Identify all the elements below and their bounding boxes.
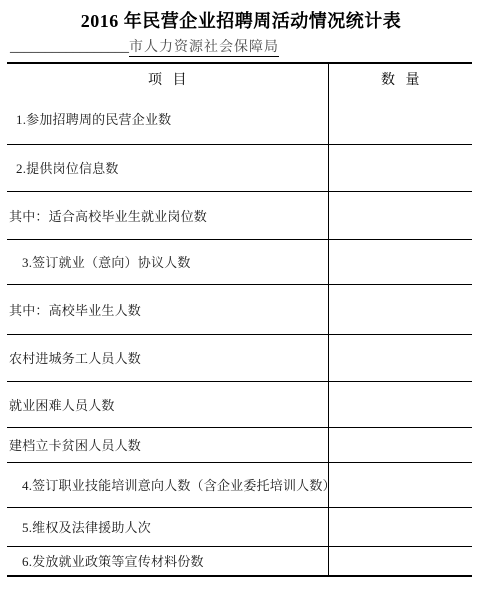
table-row: 4.签订职业技能培训意向人数（含企业委托培训人数） [7, 462, 472, 507]
quantity-cell[interactable] [328, 507, 472, 546]
page-title: 2016 年民营企业招聘周活动情况统计表 [0, 7, 482, 33]
row-label: 其中：高校毕业生人数 [7, 284, 328, 334]
row-label-text: 就业困难人员人数 [9, 398, 115, 413]
row-label: 就业困难人员人数 [7, 381, 328, 427]
table-row: 其中：高校毕业生人数 [7, 284, 472, 334]
table-row: 6.发放就业政策等宣传材料份数 [7, 546, 472, 576]
row-label: 3.签订就业（意向）协议人数 [7, 239, 328, 284]
table-row: 就业困难人员人数 [7, 381, 472, 427]
row-label-text: 1.参加招聘周的民营企业数 [16, 112, 171, 127]
org-blank-line[interactable]: _________________ [10, 40, 129, 55]
table-row: 1.参加招聘周的民营企业数 [7, 94, 472, 144]
quantity-cell[interactable] [328, 284, 472, 334]
row-label-text: 建档立卡贫困人员人数 [9, 438, 141, 453]
col-header-quantity: 数 量 [328, 63, 472, 94]
quantity-cell[interactable] [328, 94, 472, 144]
row-label-text: 6.发放就业政策等宣传材料份数 [22, 554, 204, 569]
quantity-cell[interactable] [328, 381, 472, 427]
table-row: 农村进城务工人员人数 [7, 334, 472, 381]
table-row: 建档立卡贫困人员人数 [7, 427, 472, 462]
col-header-item: 项 目 [7, 63, 328, 94]
row-label-text: 4.签订职业技能培训意向人数（含企业委托培训人数） [22, 478, 336, 493]
row-label-text: 其中：适合高校毕业生就业岗位数 [9, 209, 207, 224]
quantity-cell[interactable] [328, 334, 472, 381]
row-label: 农村进城务工人员人数 [7, 334, 328, 381]
row-label-text: 5.维权及法律援助人次 [22, 520, 151, 535]
quantity-cell[interactable] [328, 144, 472, 191]
quantity-cell[interactable] [328, 427, 472, 462]
table-row: 其中：适合高校毕业生就业岗位数 [7, 191, 472, 239]
table-row: 3.签订就业（意向）协议人数 [7, 239, 472, 284]
row-label: 6.发放就业政策等宣传材料份数 [7, 546, 328, 576]
row-label: 1.参加招聘周的民营企业数 [7, 94, 328, 144]
table-row: 2.提供岗位信息数 [7, 144, 472, 191]
header-row: 项 目 数 量 [7, 63, 472, 94]
row-label: 2.提供岗位信息数 [7, 144, 328, 191]
quantity-cell[interactable] [328, 191, 472, 239]
quantity-cell[interactable] [328, 546, 472, 576]
org-line: _________________市人力资源社会保障局 [10, 39, 279, 57]
row-label: 5.维权及法律援助人次 [7, 507, 328, 546]
row-label-text: 其中：高校毕业生人数 [9, 303, 141, 318]
row-label-text: 2.提供岗位信息数 [16, 161, 119, 176]
row-label: 建档立卡贫困人员人数 [7, 427, 328, 462]
statistics-table: 项 目 数 量 1.参加招聘周的民营企业数 2.提供岗位信息数 其中：适合高校毕… [7, 62, 472, 577]
row-label: 其中：适合高校毕业生就业岗位数 [7, 191, 328, 239]
row-label-text: 3.签订就业（意向）协议人数 [22, 255, 191, 270]
row-label-text: 农村进城务工人员人数 [9, 351, 141, 366]
row-label: 4.签订职业技能培训意向人数（含企业委托培训人数） [7, 462, 328, 507]
table-row: 5.维权及法律援助人次 [7, 507, 472, 546]
quantity-cell[interactable] [328, 239, 472, 284]
quantity-cell[interactable] [328, 462, 472, 507]
org-name-text: 市人力资源社会保障局 [129, 40, 279, 57]
